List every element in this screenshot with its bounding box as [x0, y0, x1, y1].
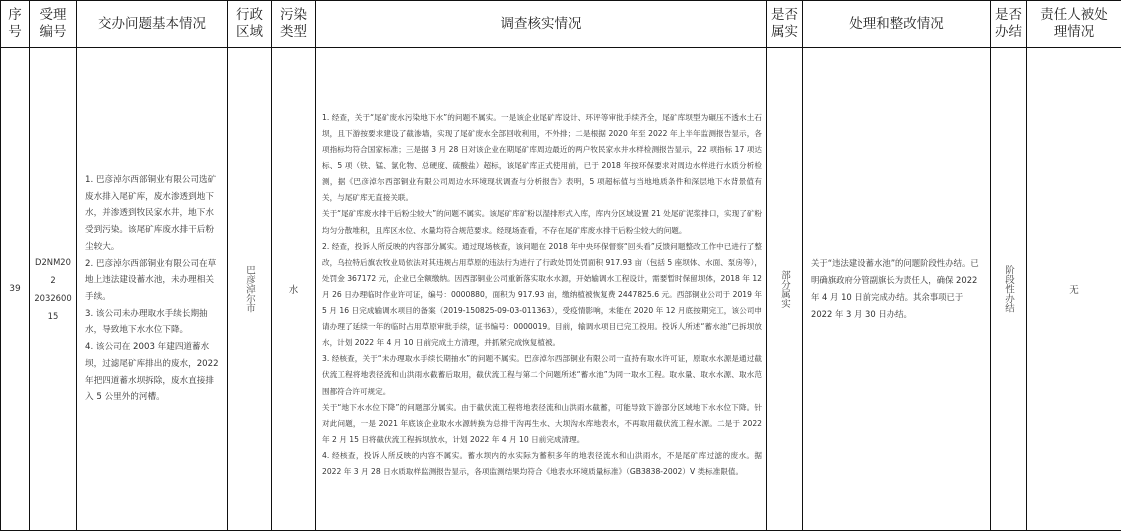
- cell-region: 巴彦淖尔市: [228, 48, 272, 531]
- investigation-paragraph: 4. 经核查，投诉人所反映的内容不属实。蓄水坝内的水实际为蓄积多年的地表径流水和…: [322, 448, 762, 480]
- cell-issue: 1. 巴彦淖尔西部铜业有限公司选矿废水排入尾矿库，废水渗透到地下水，并渗透到牧民…: [77, 48, 228, 531]
- cell-seq: 39: [1, 48, 30, 531]
- header-handling: 处理和整改情况: [803, 1, 991, 48]
- investigation-paragraph: 2. 经查，投诉人所反映的内容部分属实。通过现场核查，该问题在 2018 年中央…: [322, 239, 762, 352]
- header-investigation: 调查核实情况: [316, 1, 767, 48]
- header-seq: 序号: [1, 1, 30, 48]
- cell-investigation: 1. 经查，关于“尾矿废水污染地下水”的问题不属实。一是该企业尾矿库设计、环评等…: [316, 48, 767, 531]
- table-row: 39 D2NM202 2032600 15 1. 巴彦淖尔西部铜业有限公司选矿废…: [1, 48, 1121, 531]
- header-row: 序号 受理编号 交办问题基本情况 行政区域 污染类型 调查核实情况 是否属实 处…: [1, 1, 1121, 48]
- header-verified: 是否属实: [767, 1, 803, 48]
- issue-item: 1. 巴彦淖尔西部铜业有限公司选矿废水排入尾矿库，废水渗透到地下水，并渗透到牧民…: [85, 172, 222, 256]
- header-pollution: 污染类型: [272, 1, 316, 48]
- issue-item: 3. 该公司未办理取水手续长期抽水，导致地下水水位下降。: [85, 306, 222, 339]
- header-closed: 是否办结: [991, 1, 1027, 48]
- handling-paragraph: 关于“违法建设蓄水池”的问题阶段性办结。已明确旗政府分管副旗长为责任人，确保 2…: [811, 255, 984, 322]
- cell-closed: 阶段性办结: [991, 48, 1027, 531]
- header-issue: 交办问题基本情况: [77, 1, 228, 48]
- header-accountability: 责任人被处理情况: [1027, 1, 1121, 48]
- cell-pollution: 水: [272, 48, 316, 531]
- issue-item: 4. 该公司在 2003 年建四道蓄水坝，过滤尾矿库排出的废水，2022 年把四…: [85, 339, 222, 406]
- investigation-paragraph: 1. 经查，关于“尾矿废水污染地下水”的问题不属实。一是该企业尾矿库设计、环评等…: [322, 110, 762, 207]
- case-table: 序号 受理编号 交办问题基本情况 行政区域 污染类型 调查核实情况 是否属实 处…: [0, 0, 1121, 531]
- investigation-paragraph: 关于“地下水水位下降”的问题部分属实。由于截伏流工程将地表径流和山洪雨水截蓄，可…: [322, 400, 762, 448]
- cell-accountability: 无: [1027, 48, 1121, 531]
- issue-item: 2. 巴彦淖尔西部铜业有限公司在草地上违法建设蓄水池，未办理相关手续。: [85, 256, 222, 306]
- investigation-paragraph: 关于“尾矿库废水排干后粉尘较大”的问题不属实。该尾矿库矿粉以湿排形式入库，库内分…: [322, 206, 762, 238]
- cell-case-id: D2NM202 2032600 15: [30, 48, 77, 531]
- header-case-id: 受理编号: [30, 1, 77, 48]
- header-region: 行政区域: [228, 1, 272, 48]
- investigation-paragraph: 3. 经核查，关于“未办理取水手续长期抽水”的问题不属实。巴彦淖尔西部铜业有限公…: [322, 351, 762, 399]
- cell-handling: 关于“违法建设蓄水池”的问题阶段性办结。已明确旗政府分管副旗长为责任人，确保 2…: [803, 48, 991, 531]
- cell-verified: 部分属实: [767, 48, 803, 531]
